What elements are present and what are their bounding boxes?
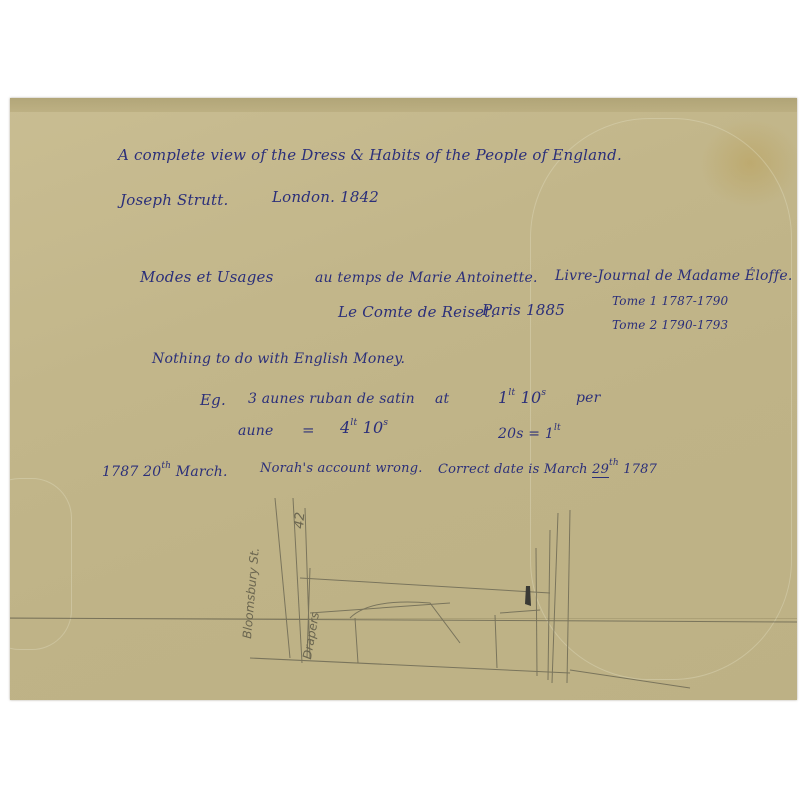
note-unit-price: 4lt 10s: [340, 418, 388, 437]
note-example-per: per: [576, 390, 601, 406]
note-conversion: 20s = 1lt: [498, 423, 561, 442]
note-example-item: 3 aunes ruban de satin: [248, 391, 415, 407]
note-book-title: Modes et Usages: [140, 268, 273, 286]
note-line-title: A complete view of the Dress & Habits of…: [118, 146, 622, 164]
tome-1-label: Tome 1: [612, 294, 657, 308]
note-money-remark: Nothing to do with English Money.: [152, 351, 405, 367]
note-book-place-date: Paris 1885: [482, 301, 565, 319]
note-book-subtitle: au temps de Marie Antoinette.: [315, 270, 538, 286]
envelope: Bloomsbury St. 42 Drapers A complete vie…: [10, 98, 797, 700]
note-author: Joseph Strutt.: [120, 191, 228, 209]
note-date-entry: 1787 20th March.: [102, 461, 228, 480]
note-equals: =: [302, 421, 315, 439]
note-book-journal: Livre-Journal de Madame Éloffe.: [555, 268, 793, 284]
note-unit-aune: aune: [238, 423, 273, 439]
note-book-author: Le Comte de Reiset.: [338, 303, 495, 321]
note-tome-2: Tome 2 1790-1793: [612, 318, 728, 332]
tome-2-label: Tome 2: [612, 318, 657, 332]
tome-2-years: 1790-1793: [661, 318, 728, 332]
note-example-label: Eg.: [200, 391, 226, 409]
note-tome-1: Tome 1 1787-1790: [612, 294, 728, 308]
note-place-date: London. 1842: [272, 188, 379, 206]
sketch-label-number: 42: [292, 512, 308, 530]
note-account-wrong: Norah's account wrong.: [260, 461, 423, 476]
note-correct-date: Correct date is March 29th 1787: [438, 458, 657, 477]
note-example-at: at: [435, 391, 449, 407]
tome-1-years: 1787-1790: [661, 294, 728, 308]
note-example-price: 1lt 10s: [498, 388, 546, 407]
pencil-smudge: [525, 586, 531, 606]
